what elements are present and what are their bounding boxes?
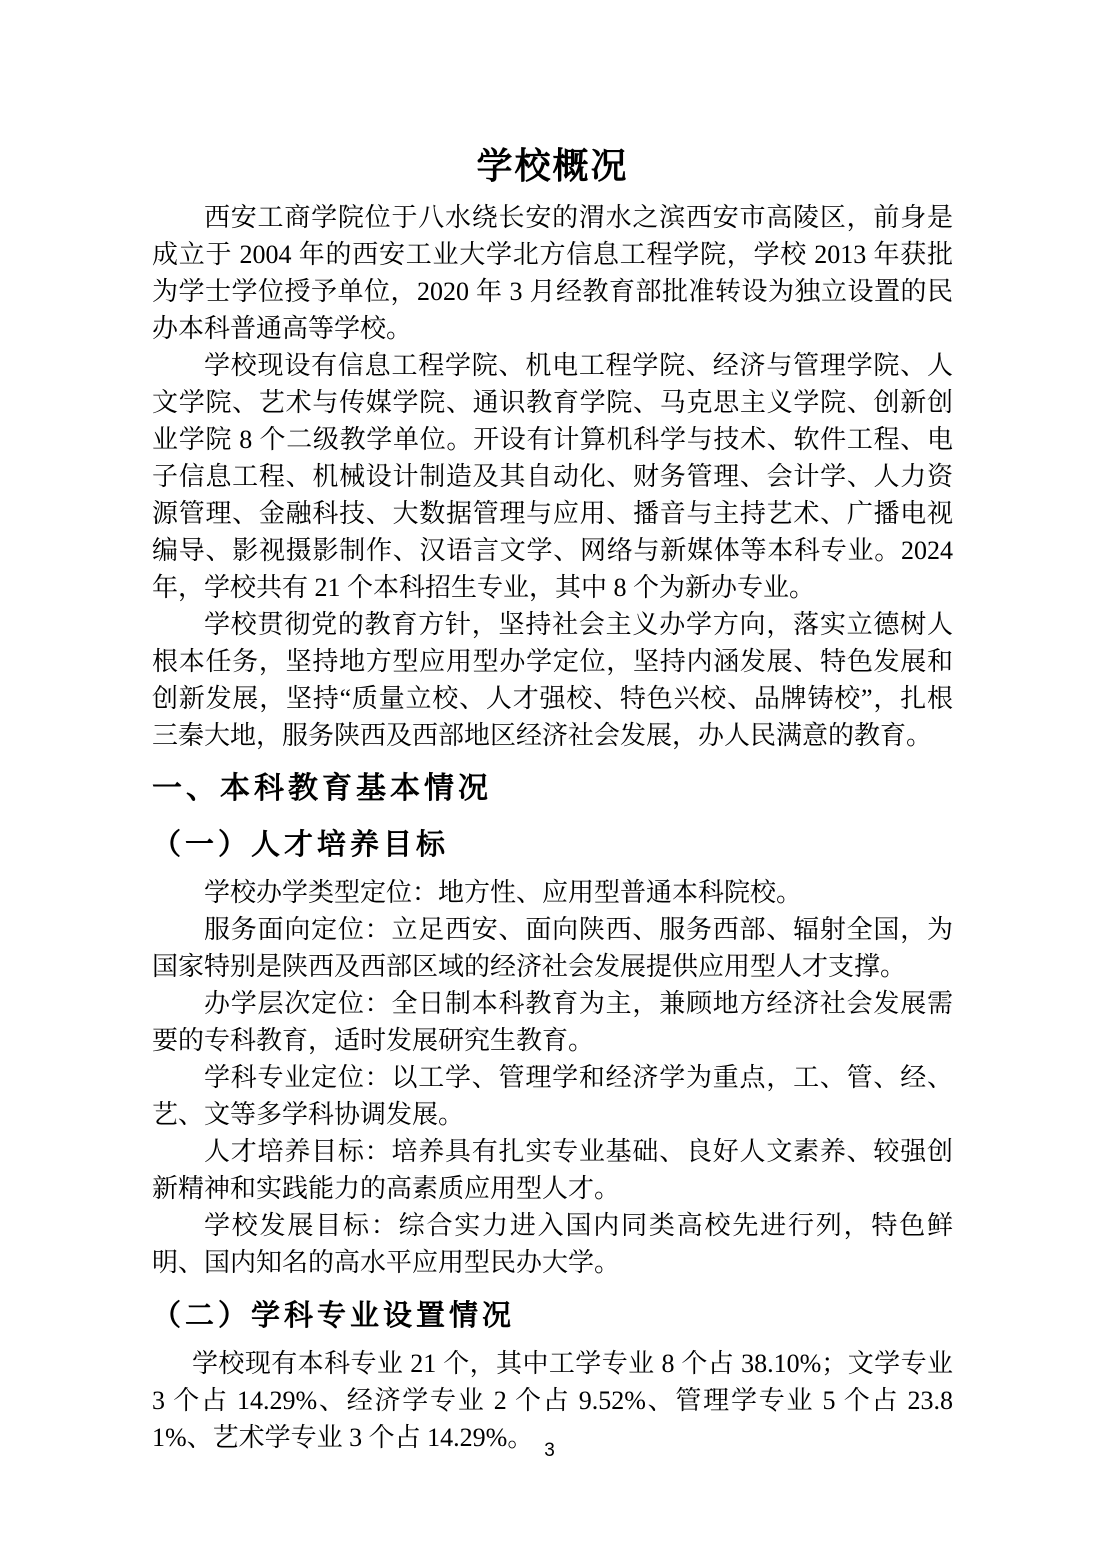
talent-paragraph-discipline: 学科专业定位：以工学、管理学和经济学为重点，工、管、经、艺、文等多学科协调发展。 [152,1059,953,1133]
intro-paragraph-1: 西安工商学院位于八水绕长安的渭水之滨西安市高陵区，前身是成立于 2004 年的西… [152,199,953,347]
subsection-heading-majors-setup: （二）学科专业设置情况 [152,1295,953,1337]
talent-paragraph-type: 学校办学类型定位：地方性、应用型普通本科院校。 [152,874,953,911]
document-page: 学校概况 西安工商学院位于八水绕长安的渭水之滨西安市高陵区，前身是成立于 200… [0,0,1105,1560]
subsection-heading-talent-goals: （一）人才培养目标 [152,824,953,866]
section-heading-basic-education: 一、本科教育基本情况 [152,768,953,810]
intro-paragraph-3: 学校贯彻党的教育方针，坚持社会主义办学方向，落实立德树人根本任务，坚持地方型应用… [152,606,953,754]
page-number: 3 [0,1440,1099,1462]
intro-paragraph-2: 学校现设有信息工程学院、机电工程学院、经济与管理学院、人文学院、艺术与传媒学院、… [152,347,953,606]
talent-paragraph-level: 办学层次定位：全日制本科教育为主，兼顾地方经济社会发展需要的专科教育，适时发展研… [152,985,953,1059]
talent-paragraph-service: 服务面向定位：立足西安、面向陕西、服务西部、辐射全国，为国家特别是陕西及西部区域… [152,911,953,985]
talent-paragraph-development: 学校发展目标：综合实力进入国内同类高校先进行列，特色鲜明、国内知名的高水平应用型… [152,1207,953,1281]
page-title: 学校概况 [152,145,953,187]
talent-paragraph-training: 人才培养目标：培养具有扎实专业基础、良好人文素养、较强创新精神和实践能力的高素质… [152,1133,953,1207]
